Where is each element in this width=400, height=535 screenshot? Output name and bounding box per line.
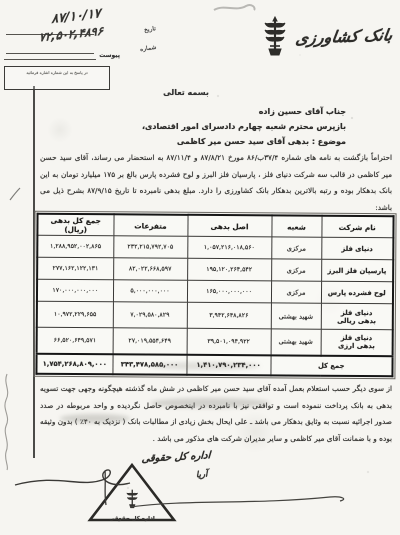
body-paragraph-1: احتراماً بازگشت به نامه های شماره ۳۷/۴ب/… — [40, 150, 392, 216]
subject-line: موضوع : بدهی آقای سید حسن میر کاظمی — [142, 134, 346, 149]
signature-strokes — [10, 455, 380, 535]
scan-margin-line — [33, 86, 35, 458]
highlight-smudge — [150, 362, 260, 370]
number-line — [6, 53, 94, 54]
total-cell: ۱۰,۹۷۲,۲۲۹,۶۵۵ — [37, 301, 113, 328]
accruals-cell: ۵,۰۰۰,۰۰۰,۰۰۰ — [113, 280, 187, 303]
branch-cell: شهید بهشتی — [271, 303, 321, 329]
company-name: دنیای فلز — [341, 334, 372, 342]
margin-scribble — [0, 372, 14, 472]
company-cell: دنیای فلزبدهی ارزی — [321, 329, 393, 356]
recipient-block: جناب آقای حسین زاده بازپرس محترم شعبه چه… — [142, 104, 346, 149]
principal-cell: ۳۹,۵۰۱,۰۹۴,۹۲۲ — [187, 328, 271, 355]
accruals-cell: ۲۷,۰۱۹,۵۵۴,۶۴۹ — [113, 328, 187, 355]
accruals-cell: ۷,۰۲۹,۵۸۰,۸۲۹ — [113, 302, 187, 329]
total-cell: ۶۶,۵۲۰,۶۴۹,۵۷۱ — [37, 327, 113, 354]
company-name: دنیای فلز — [341, 308, 372, 316]
table-row: پارسیان فلز البرز مرکزی ۱۹۵,۱۲۰,۲۶۴,۵۴۲ … — [37, 257, 393, 281]
company-note: بدهی ارزی — [323, 342, 390, 350]
recipient-title: بازپرس محترم شعبه چهارم دادسرای امور اقت… — [142, 119, 346, 134]
table-row: دنیای فلزبدهی ریالی شهید بهشتی ۳,۹۴۲,۶۴۸… — [37, 301, 393, 329]
total-label-cell: جمع کل — [270, 355, 392, 376]
scanned-letter-page: تاریخ شماره ۸۷/۱۰/۱۷ ۷۲,۵۰۲,۴۸۹۶ پیوست د… — [0, 0, 400, 535]
attachment-label: پیوست — [99, 52, 120, 59]
company-cell: دنیای فلزبدهی ریالی — [321, 303, 393, 330]
principal-cell: ۱۹۵,۱۲۰,۲۶۴,۵۴۲ — [187, 258, 271, 281]
col-accruals: متفرعات — [113, 214, 187, 236]
reply-reference-box: در پاسخ به این شماره اشاره فرمائید — [4, 66, 110, 90]
total-cell: ۱۷۰,۰۰۰,۰۰۰,۰۰۰ — [37, 279, 113, 302]
principal-cell: ۱۶۵,۰۰۰,۰۰۰,۰۰۰ — [187, 280, 271, 303]
accruals-cell: ۲۳۲,۲۱۵,۷۹۲,۷۰۵ — [113, 236, 187, 259]
branch-cell: مرکزی — [271, 237, 321, 259]
company-cell: دنیای فلز — [321, 237, 393, 260]
col-total: جمع کل بدهی (ریال) — [37, 214, 113, 236]
table-row: دنیای فلزبدهی ارزی شهید بهشتی ۳۹,۵۰۱,۰۹۴… — [37, 327, 393, 355]
col-branch: شعبه — [271, 215, 321, 237]
table-header-row: نام شرکت شعبه اصل بدهی متفرعات جمع کل بد… — [37, 214, 393, 238]
bismillah: بسمه تعالی — [0, 88, 372, 97]
bank-logo: بانک کشاورزی — [260, 16, 392, 56]
table-row: لوح فشرده پارس مرکزی ۱۶۵,۰۰۰,۰۰۰,۰۰۰ ۵,۰… — [37, 279, 393, 303]
col-principal: اصل بدهی — [187, 215, 271, 237]
accruals-cell: ۸۲,۰۲۲,۶۶۸,۵۹۷ — [113, 258, 187, 281]
highlight-smudge — [150, 398, 270, 408]
branch-cell: شهید بهشتی — [271, 329, 321, 355]
wheat-emblem-icon — [260, 16, 290, 56]
number-label: شماره — [139, 44, 156, 53]
top-stamp-smudge — [210, 0, 260, 16]
highlight-smudge — [60, 414, 130, 423]
recipient-name: جناب آقای حسین زاده — [142, 104, 346, 119]
company-cell: لوح فشرده پارس — [321, 281, 393, 304]
handwritten-check-mark — [8, 186, 22, 202]
total-cell: ۲۷۷,۱۶۲,۱۲۲,۱۳۱ — [37, 257, 113, 280]
branch-cell: مرکزی — [271, 281, 321, 303]
total-cell: ۱,۲۸۸,۹۵۲,۰۰۲,۸۶۵ — [37, 235, 113, 258]
attachment-line — [4, 59, 96, 60]
principal-cell: ۱,۰۵۷,۲۱۶,۰۱۸,۵۶۰ — [187, 236, 271, 259]
debt-table: نام شرکت شعبه اصل بدهی متفرعات جمع کل بد… — [35, 213, 394, 377]
grand-total-cell: ۱,۷۵۴,۲۶۸,۸۰۹,۰۰۰ — [36, 353, 112, 374]
company-cell: پارسیان فلز البرز — [321, 259, 393, 282]
reply-reference-note: در پاسخ به این شماره اشاره فرمائید — [10, 71, 104, 76]
table-row: دنیای فلز مرکزی ۱,۰۵۷,۲۱۶,۰۱۸,۵۶۰ ۲۳۲,۲۱… — [37, 235, 393, 259]
bank-name: بانک کشاورزی — [294, 25, 393, 47]
company-note: بدهی ریالی — [323, 316, 390, 324]
col-company: نام شرکت — [321, 216, 393, 238]
principal-cell: ۳,۹۴۲,۶۴۸,۸۲۶ — [187, 302, 271, 329]
branch-cell: مرکزی — [271, 259, 321, 281]
